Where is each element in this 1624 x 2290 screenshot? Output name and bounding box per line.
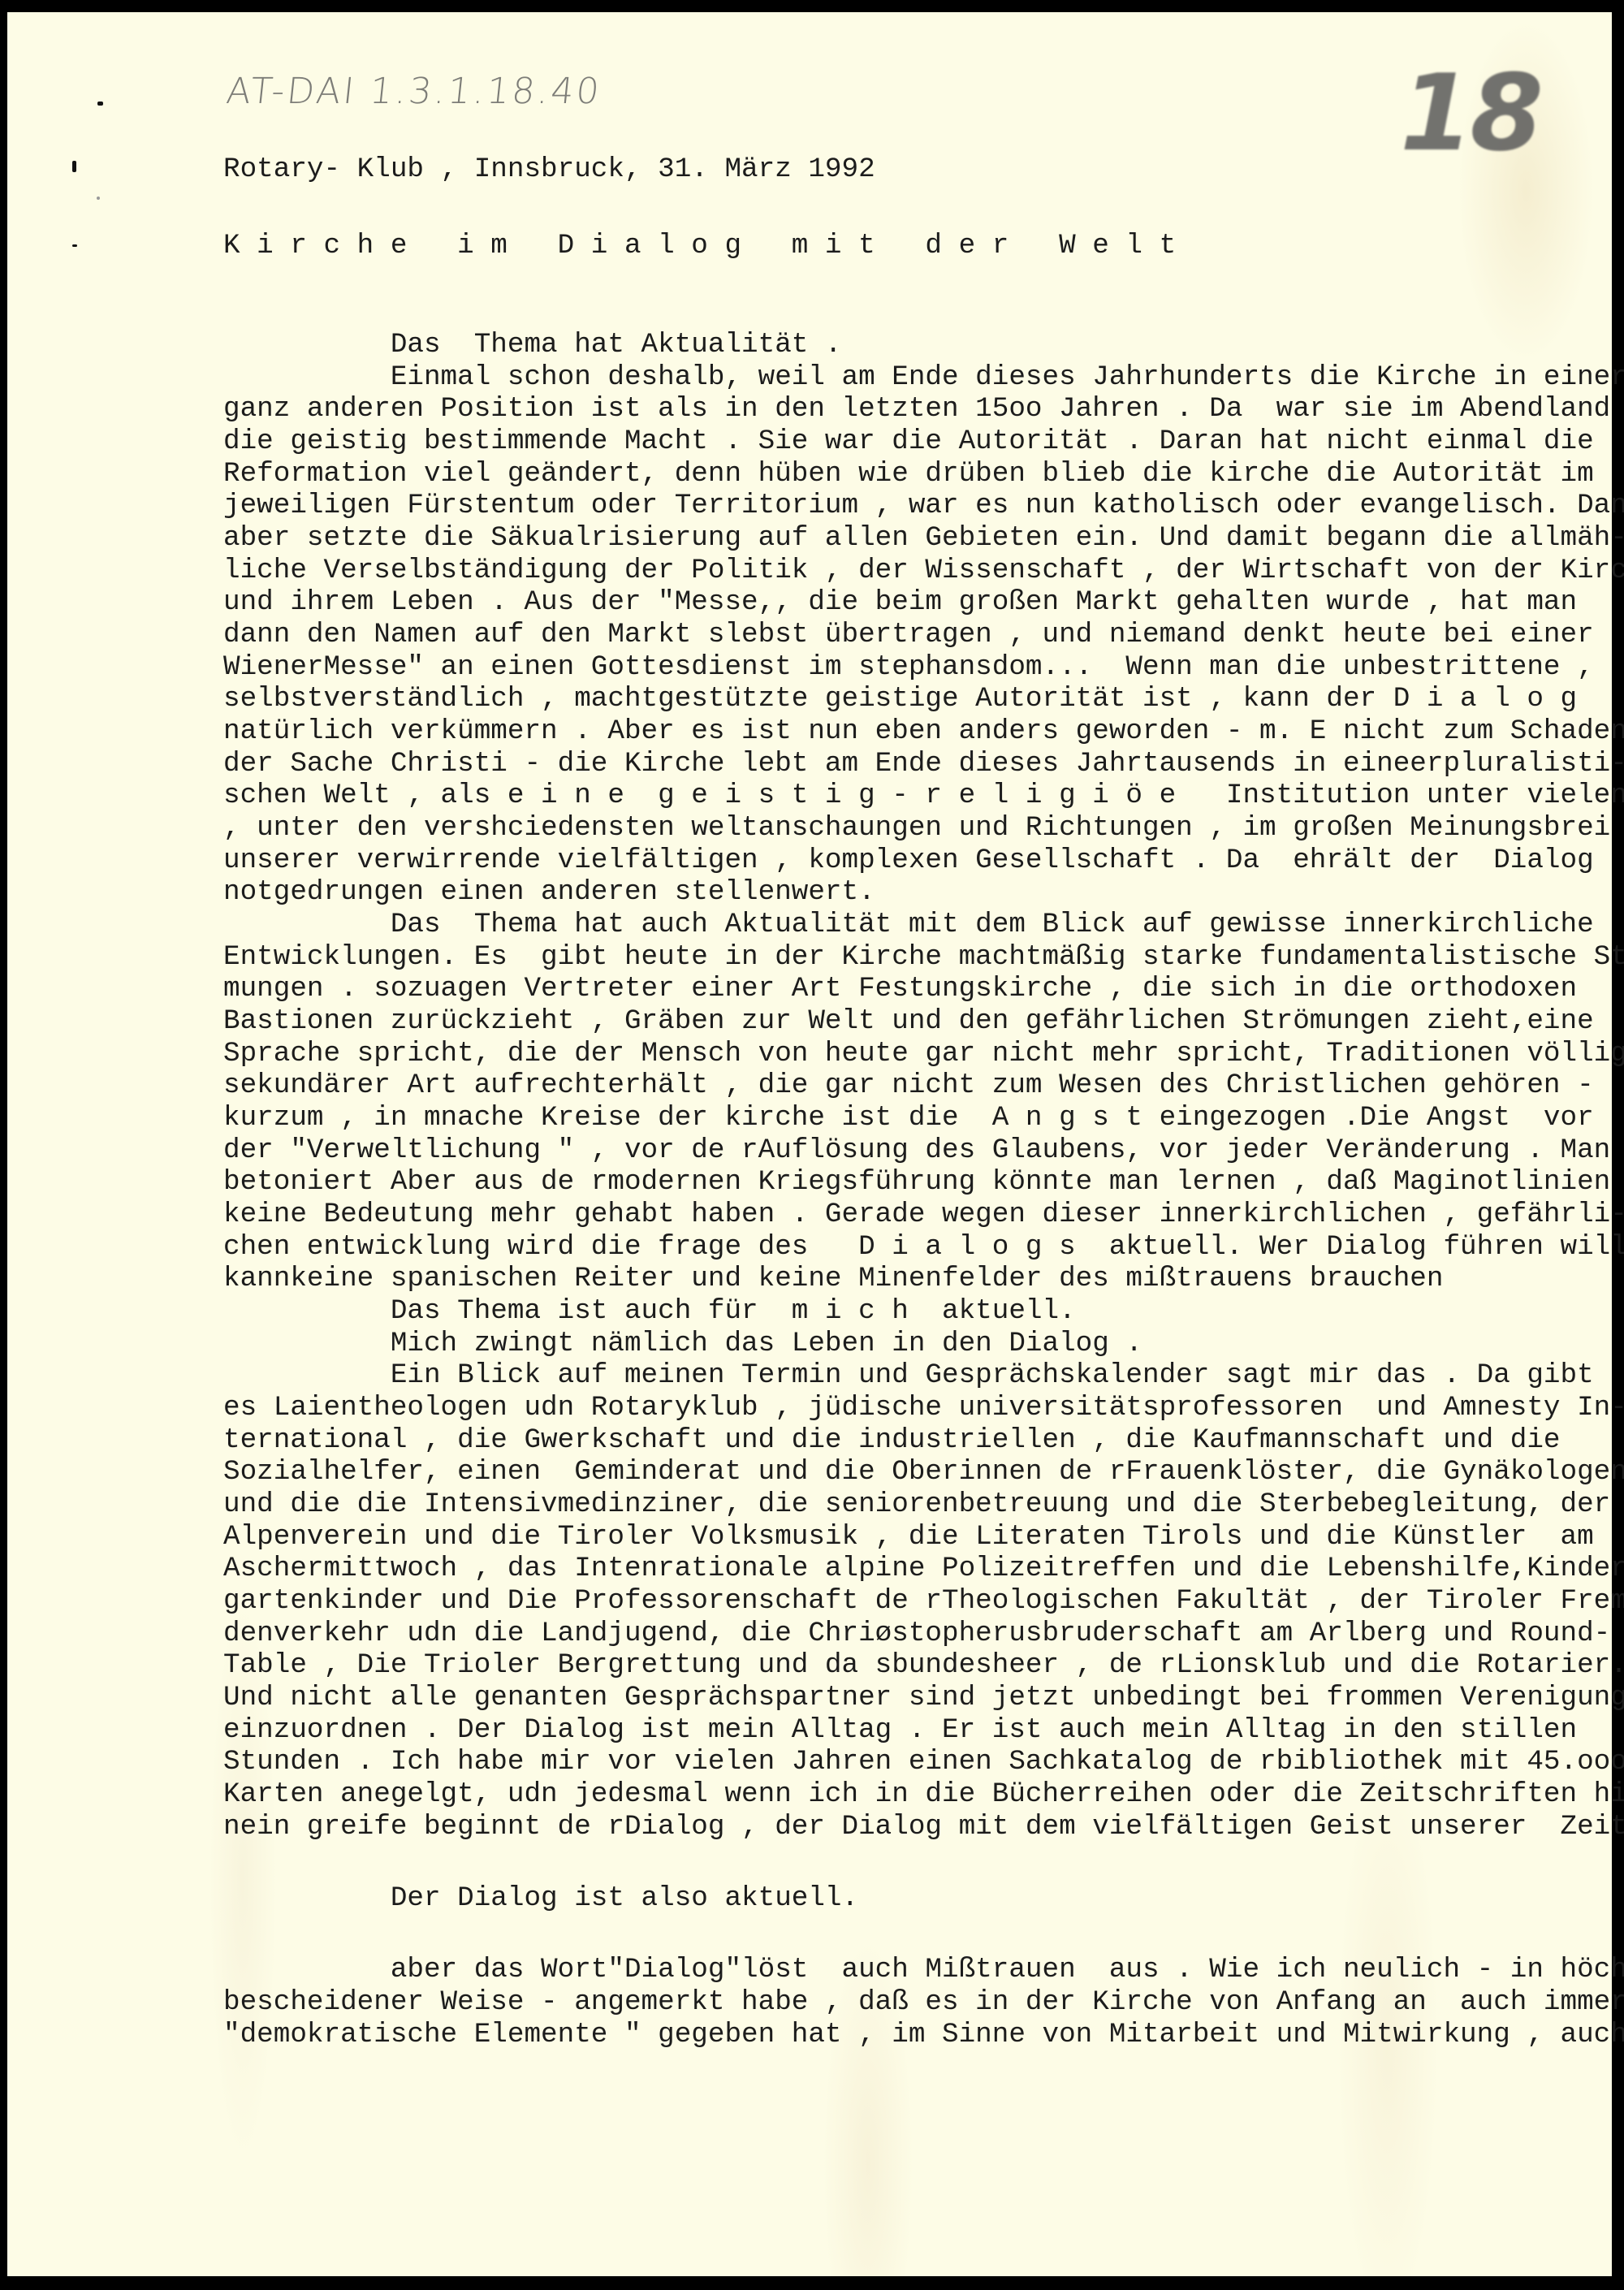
body-line: ganz anderen Position ist als in den let…	[223, 393, 1610, 426]
body-line: Aschermittwoch , das Intenrationale alpi…	[223, 1553, 1624, 1585]
body-line: chen entwicklung wird die frage des D i …	[223, 1231, 1624, 1264]
punch-mark	[72, 244, 77, 247]
body-line: Table , Die Trioler Bergrettung und da s…	[223, 1649, 1624, 1682]
body-line: Mich zwingt nämlich das Leben in den Dia…	[223, 1328, 1142, 1360]
body-line: Und nicht alle genanten Gesprächspartner…	[223, 1682, 1624, 1714]
body-line: natürlich verkümmern . Aber es ist nun e…	[223, 715, 1624, 748]
body-line: keine Bedeutung mehr gehabt haben . Gera…	[223, 1199, 1624, 1231]
document-title: K i r c h e i m D i a l o g m i t d e r …	[223, 230, 1176, 262]
body-line: Stunden . Ich habe mir vor vielen Jahren…	[223, 1746, 1624, 1778]
body-line: Das Thema ist auch für m i c h aktuell.	[223, 1295, 1076, 1328]
body-line: Das Thema hat auch Aktualität mit dem Bl…	[223, 909, 1594, 941]
body-line: und ihrem Leben . Aus der "Messe,, die b…	[223, 586, 1577, 619]
body-line: selbstverständlich , machtgestützte geis…	[223, 683, 1577, 715]
punch-mark	[97, 197, 100, 200]
body-line: kannkeine spanischen Reiter und keine Mi…	[223, 1263, 1443, 1295]
body-line: Karten anegelgt, udn jedesmal wenn ich i…	[223, 1778, 1624, 1811]
body-line: gartenkinder und Die Professorenschaft d…	[223, 1585, 1624, 1618]
body-line: Das Thema hat Aktualität .	[223, 329, 842, 361]
body-line: "demokratische Elemente " gegeben hat , …	[223, 2019, 1624, 2051]
body-line: Alpenverein und die Tiroler Volksmusik ,…	[223, 1521, 1594, 1553]
body-line: die geistig bestimmende Macht . Sie war …	[223, 426, 1594, 458]
punch-mark	[97, 102, 103, 106]
body-line: WienerMesse" an einen Gottesdienst im st…	[223, 651, 1594, 684]
body-line: schen Welt , als e i n e g e i s t i g -…	[223, 780, 1624, 812]
body-line: mungen . sozuagen Vertreter einer Art Fe…	[223, 973, 1577, 1005]
body-line: denverkehr udn die Landjugend, die Chriø…	[223, 1618, 1610, 1650]
body-line: Sprache spricht, die der Mensch von heut…	[223, 1038, 1624, 1070]
body-line: aber das Wort"Dialog"löst auch Mißtrauen…	[223, 1954, 1624, 1986]
body-line: jeweiligen Fürstentum oder Territorium ,…	[223, 490, 1624, 522]
header-place-date: Rotary- Klub , Innsbruck, 31. März 1992	[223, 153, 875, 186]
body-line: ternational , die Gwerkschaft und die in…	[223, 1424, 1561, 1457]
document-page: AT-DAI 1.3.1.18.40 18 Rotary- Klub , Inn…	[7, 12, 1612, 2276]
body-line: es Laientheologen udn Rotaryklub , jüdis…	[223, 1392, 1624, 1424]
body-line: aber setzte die Säkualrisierung auf alle…	[223, 522, 1624, 555]
body-line: dann den Namen auf den Markt slebst über…	[223, 619, 1594, 651]
body-line: Sozialhelfer, einen Geminderat und die O…	[223, 1456, 1624, 1488]
body-line: der "Verweltlichung " , vor de rAuflösun…	[223, 1134, 1610, 1167]
body-line: einzuordnen . Der Dialog ist mein Alltag…	[223, 1714, 1577, 1747]
body-line: bescheidener Weise - angemerkt habe , da…	[223, 1986, 1624, 2019]
body-line: Ein Blick auf meinen Termin und Gespräch…	[223, 1359, 1594, 1392]
body-line: kurzum , in mnache Kreise der kirche ist…	[223, 1102, 1594, 1134]
body-line: betoniert Aber aus de rmodernen Kriegsfü…	[223, 1166, 1610, 1199]
body-line: und die die Intensivmedinziner, die seni…	[223, 1488, 1610, 1521]
body-line: , unter den vershciedensten weltanschaun…	[223, 812, 1610, 845]
body-line: Bastionen zurückzieht , Gräben zur Welt …	[223, 1005, 1594, 1038]
body-line: Einmal schon deshalb, weil am Ende diese…	[223, 361, 1624, 394]
punch-mark	[72, 161, 76, 172]
body-line: notgedrungen einen anderen stellenwert.	[223, 876, 875, 909]
page-number: 18	[1400, 51, 1540, 175]
body-line: unserer verwirrende vielfältigen , kompl…	[223, 845, 1594, 877]
body-line: Der Dialog ist also aktuell.	[223, 1882, 858, 1915]
body-line: Reformation viel geändert, denn hüben wi…	[223, 458, 1594, 490]
body-line: sekundärer Art aufrechterhält , die gar …	[223, 1069, 1594, 1102]
body-line: der Sache Christi - die Kirche lebt am E…	[223, 748, 1624, 780]
archive-reference: AT-DAI 1.3.1.18.40	[224, 71, 603, 112]
body-line: liche Verselbständigung der Politik , de…	[223, 555, 1624, 587]
body-line: Entwicklungen. Es gibt heute in der Kirc…	[223, 941, 1624, 974]
body-line: nein greife beginnt de rDialog , der Dia…	[223, 1811, 1624, 1843]
